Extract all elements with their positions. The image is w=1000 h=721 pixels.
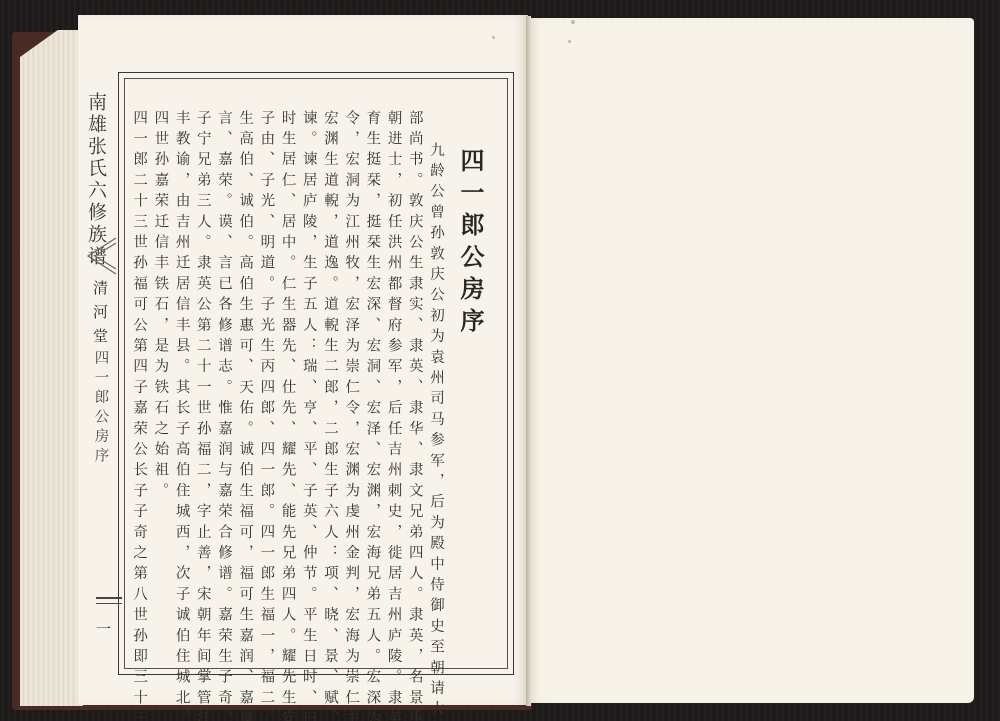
section-title: 四一郎公房序 <box>458 148 482 340</box>
text-column: 言、嘉荣。谟、言已各修谱志。惟嘉润与嘉荣合修谱。嘉荣生子奇、子宇、 <box>213 110 234 666</box>
text-column: 四世孙嘉荣迁信丰铁石，是为铁石之始祖。 <box>149 110 170 666</box>
paper-speck <box>492 36 495 39</box>
text-column: 子由、子光、明道。子光生丙四郎、四一郎。四一郎生福一，福二。福二 <box>255 110 276 666</box>
margin-section-label: 四一郎公房序 <box>93 350 108 467</box>
text-column: 九龄公曾孙敦庆公初为袁州司马参军，后为殿中侍御史至朝请大夫工 <box>425 110 446 666</box>
text-column: 生高伯、诚伯。高伯生惠可、天佑。诚伯生福可，福可生嘉润、嘉谟、嘉 <box>234 110 255 666</box>
text-column: 部尚书。敦庆公生隶实、隶英、隶华、隶文兄弟四人。隶英，名景重，唐 <box>404 110 425 666</box>
text-column: 宏渊生道輗，道逸。道輗生二郎，二郎生子六人：项、晓、景、赋、全、 <box>319 110 340 666</box>
hall-name: 清河堂 <box>92 280 107 352</box>
paper-speck <box>568 40 571 43</box>
text-column: 丰教谕，由吉州迁居信丰县。其长子高伯住城西，次子诚伯住城北。二十 <box>170 110 191 666</box>
text-column: 谏。谏居庐陵，生子五人：瑞、亨、平、子英、仲节。平生日时、曰发。 <box>298 110 319 666</box>
text-column: 子宁兄弟三人。隶英公第二十一世孙福二，字止善，宋朝年间掌管江西信 <box>192 110 213 666</box>
text-column: 朝进士，初任洪州都督府参军，后任吉州刺史，徙居吉州庐陵。隶英生育， <box>382 110 403 666</box>
right-page-blank <box>531 18 974 703</box>
fishtail-chevron-icon <box>82 236 118 276</box>
page-stack-edge <box>20 30 83 706</box>
body-text: 九龄公曾孙敦庆公初为袁州司马参军，后为殿中侍御史至朝请大夫工 部尚书。敦庆公生隶… <box>130 110 446 666</box>
page-number: 一 <box>96 618 111 639</box>
text-column: 令，宏洞为江州牧，宏泽为崇仁令，宏渊为虔州金判，宏海为崇仁主簿。 <box>340 110 361 666</box>
text-column: 时生居仁、居中。仁生器先、仕先、耀先、能先兄弟四人。耀先生安道、 <box>276 110 297 666</box>
text-column: 四一郎二十三世孙福可公第四子嘉荣公长子子奇之第八世孙即三十三 <box>128 110 149 666</box>
paper-speck <box>571 20 575 24</box>
text-column: 育生挺栞，挺栞生宏深、宏洞、宏泽、宏渊，宏海兄弟五人。宏深为庐陵 <box>361 110 382 666</box>
